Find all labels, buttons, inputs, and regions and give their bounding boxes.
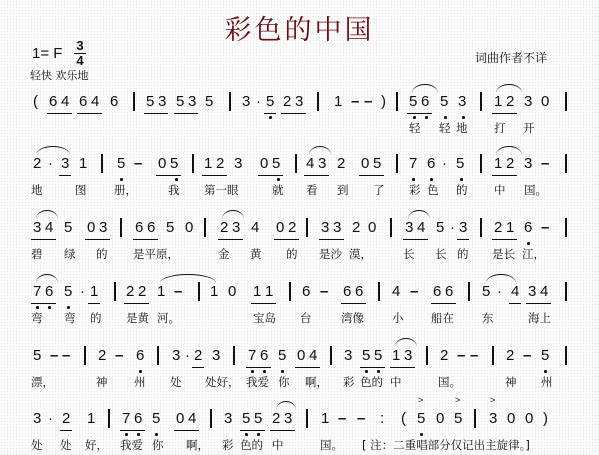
note: 3 <box>234 154 242 174</box>
beam-underline <box>202 175 227 176</box>
note: – <box>351 92 359 112</box>
note: 5 <box>417 409 425 429</box>
note: 1 <box>253 282 261 302</box>
beam-underline <box>403 239 428 240</box>
beam-underline <box>295 367 320 368</box>
beam-underline <box>246 367 271 368</box>
bar-line <box>492 346 494 365</box>
low-octave-dot <box>277 178 280 181</box>
lyric: 河。 <box>157 311 180 325</box>
lyric: 好， <box>85 438 108 452</box>
lyric: 你 <box>278 375 290 389</box>
lyric: 轻 <box>409 121 421 135</box>
credit-text: 词曲作者不详 <box>475 49 547 66</box>
note: 2 <box>283 92 291 112</box>
lyric: 江， <box>522 247 545 261</box>
beam-underline <box>264 113 276 114</box>
note: 6 <box>302 282 310 302</box>
note: ) <box>543 409 548 429</box>
note: 1 <box>204 154 212 174</box>
notes-staff: 3·2176504355231––:(505300)>>> <box>0 405 599 431</box>
beam-underline <box>156 175 181 176</box>
low-octave-dot <box>444 116 447 119</box>
note: 6 <box>45 282 53 302</box>
bar-line <box>295 154 297 173</box>
bar-line <box>306 409 308 428</box>
note: 6 <box>135 218 143 238</box>
score-line: 2·315–05123054320576·5123–地图册，我第一眼就看到了彩色… <box>0 150 599 202</box>
lyric: 是平原， <box>133 247 179 261</box>
beam-underline <box>457 239 469 240</box>
lyric: 色 <box>427 183 439 197</box>
beam-underline <box>341 303 366 304</box>
note: 4 <box>511 282 519 302</box>
lyric: 国。 <box>438 375 461 389</box>
note: 6 <box>260 346 268 366</box>
score-line: 3·2176504355231––:(505300)>>>处处好，我爱你啊，彩色… <box>0 405 599 455</box>
beam-underline <box>360 367 385 368</box>
note: – <box>541 154 549 174</box>
beam-underline <box>304 175 329 176</box>
accent-mark: > <box>455 396 460 405</box>
bar-line <box>565 218 567 237</box>
note: 3 <box>224 409 232 429</box>
lyric: 神 <box>96 375 108 389</box>
note: 0 <box>260 154 268 174</box>
note: 1 <box>210 282 218 302</box>
note: 0 <box>276 218 284 238</box>
note: 6 <box>134 409 142 429</box>
note: 0 <box>185 218 193 238</box>
slur-arc <box>408 210 430 219</box>
lyric: 船在 <box>431 311 454 325</box>
lyric: 是沙 <box>319 247 342 261</box>
note: 5 <box>456 154 464 174</box>
note: 5 <box>266 92 274 112</box>
song-title: 彩色的中国 <box>0 8 599 47</box>
note: 2 <box>337 154 345 174</box>
note: · <box>450 218 455 238</box>
note: – <box>320 282 328 302</box>
note: · <box>185 346 190 366</box>
beam-underline <box>88 303 100 304</box>
beam-underline <box>270 430 295 431</box>
lyric: 中 <box>494 183 506 197</box>
footnote: [ 注：二重唱部分仅记出主旋律。] <box>362 438 530 452</box>
notes-staff: 2·315–05123054320576·5123– <box>0 150 599 176</box>
note: 2 <box>126 282 134 302</box>
slur-arc <box>496 84 522 93</box>
low-octave-dot <box>462 116 465 119</box>
note: – <box>541 218 549 238</box>
note: 5 <box>170 154 178 174</box>
lyric: 图 <box>75 183 87 197</box>
low-octave-dot <box>67 306 70 309</box>
lyric: 册， <box>114 183 137 197</box>
lyrics-line: 轻轻地打开 <box>0 121 599 137</box>
beam-underline <box>77 113 102 114</box>
note: 4 <box>309 346 317 366</box>
lyric: 的 <box>456 183 468 197</box>
lyric: 看 <box>306 183 318 197</box>
beam-underline <box>390 367 415 368</box>
bar-line <box>565 346 567 365</box>
lyric: 中 <box>272 438 284 452</box>
score-line: (64646535353·5231––)56531230轻轻地打开 <box>0 88 599 140</box>
lyric: 打 <box>494 121 506 135</box>
note: 4 <box>306 154 314 174</box>
beam-underline <box>359 175 384 176</box>
notes-staff: 765·1221–10116–664–665·434 <box>0 278 599 304</box>
note: 3 <box>295 92 303 112</box>
note: 0 <box>176 409 184 429</box>
note: 6 <box>79 92 87 112</box>
note: 7 <box>409 154 417 174</box>
lyric: 你 <box>152 438 164 452</box>
bar-line <box>480 92 482 111</box>
note: 0 <box>368 218 376 238</box>
time-signature: 3 4 <box>74 40 86 67</box>
note: 5 <box>117 154 125 174</box>
note: 5 <box>374 346 382 366</box>
beam-underline <box>492 175 517 176</box>
lyric: 地 <box>31 183 43 197</box>
beam-underline <box>31 239 56 240</box>
low-octave-dot <box>120 178 123 181</box>
note: – <box>134 154 142 174</box>
note: ) <box>381 92 386 112</box>
lyric: 州 <box>134 375 146 389</box>
note: – <box>115 346 123 366</box>
note: 7 <box>122 409 130 429</box>
note: ( <box>401 409 406 429</box>
low-octave-dot <box>257 433 260 436</box>
lyric: 彩 <box>343 375 355 389</box>
beam-underline <box>124 303 149 304</box>
lyric: 我爱 <box>246 375 269 389</box>
lyric: 啊， <box>305 375 328 389</box>
slur-arc <box>309 146 331 155</box>
lyric: 啊， <box>186 438 209 452</box>
slur-arc <box>36 146 70 155</box>
lyrics-line: 弯弯的是黄河。宝岛台湾像小船在东海上 <box>0 311 599 327</box>
note: 6 <box>421 92 429 112</box>
note: 2 <box>33 154 41 174</box>
lyric: 绿 <box>64 247 76 261</box>
low-octave-dot <box>155 433 158 436</box>
note: 1 <box>494 154 502 174</box>
note: – <box>174 282 182 302</box>
note: – <box>357 409 365 429</box>
lyric: 的 <box>286 247 298 261</box>
accent-mark: > <box>418 396 423 405</box>
note: 3 <box>404 346 412 366</box>
note: 1 <box>157 282 165 302</box>
note: 6 <box>355 282 363 302</box>
note: 1 <box>506 218 514 238</box>
low-octave-dot <box>413 116 416 119</box>
note: 4 <box>392 282 400 302</box>
note: 4 <box>188 409 196 429</box>
beam-underline <box>174 113 198 114</box>
slur-arc <box>395 338 417 347</box>
note: 6 <box>110 92 118 112</box>
note: 4 <box>91 92 99 112</box>
note: · <box>80 282 85 302</box>
lyric: 色的 <box>240 438 263 452</box>
lyric: 东 <box>482 311 494 325</box>
note: 3 <box>524 154 532 174</box>
note: 2 <box>62 409 70 429</box>
note: 5 <box>482 282 490 302</box>
low-octave-dot <box>527 242 530 245</box>
bar-line <box>101 154 103 173</box>
low-octave-dot <box>251 370 254 373</box>
beam-underline <box>144 113 168 114</box>
low-octave-dot <box>544 370 547 373</box>
note: 6 <box>49 92 57 112</box>
note: 0 <box>228 282 236 302</box>
note: 1 <box>334 92 342 112</box>
note: – <box>50 346 58 366</box>
note: 3 <box>99 218 107 238</box>
bar-line <box>289 282 291 301</box>
lyric: 我 <box>168 183 180 197</box>
note: 7 <box>33 282 41 302</box>
low-octave-dot <box>460 178 463 181</box>
note: 1 <box>265 282 273 302</box>
note: – <box>470 346 478 366</box>
note: 4 <box>540 282 548 302</box>
note: 2 <box>440 346 448 366</box>
note: 1 <box>392 346 400 366</box>
lyric: 第一眼 <box>204 183 239 197</box>
note: ( <box>33 92 38 112</box>
note: 2 <box>288 218 296 238</box>
bar-line <box>396 92 398 111</box>
lyric: 处 <box>31 438 43 452</box>
time-denominator: 4 <box>74 55 86 67</box>
note: 2 <box>194 346 202 366</box>
note: 6 <box>427 154 435 174</box>
low-octave-dot <box>412 178 415 181</box>
score-line: 5––2–63·2376504355132––2–5漂，神州处处好，我爱你啊，彩… <box>0 342 599 394</box>
note: 4 <box>61 92 69 112</box>
lyric: 我爱 <box>120 438 143 452</box>
beam-underline <box>85 239 110 240</box>
beam-underline <box>133 239 158 240</box>
low-octave-dot <box>245 433 248 436</box>
note: 4 <box>417 218 425 238</box>
beam-underline <box>120 430 145 431</box>
note: 2 <box>506 346 514 366</box>
note: 4 <box>251 218 259 238</box>
lyrics-line: 漂，神州处处好，我爱你啊，彩色的中国。神州 <box>0 375 599 391</box>
lyric: 漠， <box>349 247 372 261</box>
note: · <box>497 282 502 302</box>
beam-underline <box>526 303 551 304</box>
note: 2 <box>494 218 502 238</box>
note: 5 <box>373 154 381 174</box>
slur-arc <box>160 274 216 283</box>
note: 3 <box>318 154 326 174</box>
note: 3 <box>458 92 466 112</box>
bar-line <box>565 92 567 111</box>
note: 2 <box>220 218 228 238</box>
bar-line <box>474 409 476 428</box>
beam-underline <box>218 239 243 240</box>
note: 3 <box>188 92 196 112</box>
note: – <box>338 409 346 429</box>
note: · <box>48 154 53 174</box>
note: 5 <box>176 92 184 112</box>
bar-line <box>108 409 110 428</box>
note: 6 <box>433 282 441 302</box>
bar-line <box>468 282 470 301</box>
accent-mark: > <box>490 396 495 405</box>
note: 6 <box>147 218 155 238</box>
note: 5 <box>242 409 250 429</box>
note: 3 <box>61 154 69 174</box>
bar-line <box>192 154 194 173</box>
lyric: 黄 <box>250 247 262 261</box>
note: 3 <box>212 346 220 366</box>
bar-line <box>330 346 332 365</box>
lyric: 彩 <box>222 438 234 452</box>
slur-arc <box>36 210 58 219</box>
lyric: 地 <box>456 121 468 135</box>
note: 3 <box>158 92 166 112</box>
low-octave-dot <box>365 370 368 373</box>
note: 2 <box>352 218 360 238</box>
note: 3 <box>333 218 341 238</box>
low-octave-dot <box>263 370 266 373</box>
lyric: 湾像 <box>341 311 364 325</box>
low-octave-dot <box>125 433 128 436</box>
note: – <box>523 346 531 366</box>
lyric: 国。 <box>524 183 547 197</box>
lyric: 漂， <box>31 375 54 389</box>
low-octave-dot <box>420 433 423 436</box>
time-numerator: 3 <box>74 40 86 52</box>
note: : <box>380 409 384 429</box>
lyrics-line: 处处好，我爱你啊，彩色的中国。[ 注：二重唱部分仅记出主旋律。] <box>0 438 599 454</box>
note: 2 <box>98 346 106 366</box>
low-octave-dot <box>175 178 178 181</box>
bar-line <box>120 218 122 237</box>
note: 3 <box>242 92 250 112</box>
lyric: 弯 <box>64 311 76 325</box>
bar-line <box>480 218 482 237</box>
bar-line <box>396 154 398 173</box>
note: 1 <box>494 92 502 112</box>
bar-line <box>565 154 567 173</box>
note: 5 <box>454 409 462 429</box>
note: · <box>442 154 447 174</box>
note: – <box>410 282 418 302</box>
note: 3 <box>344 346 352 366</box>
note: 6 <box>343 282 351 302</box>
note: · <box>48 409 53 429</box>
lyric: 中 <box>390 375 402 389</box>
lyric: 神 <box>505 375 517 389</box>
beam-underline <box>31 303 56 304</box>
lyric: 是黄 <box>126 311 149 325</box>
note: 3 <box>33 218 41 238</box>
lyric: 弯 <box>31 311 43 325</box>
low-octave-dot <box>36 306 39 309</box>
lyric: 彩 <box>409 183 421 197</box>
lyrics-line: 碧绿的是平原，金黄的是沙漠，长长的是长江， <box>0 247 599 263</box>
notes-staff: (64646535353·5231––)56531230 <box>0 88 599 114</box>
note: 2 <box>506 92 514 112</box>
lyric: 宝岛 <box>253 311 276 325</box>
lyric: 金 <box>218 247 230 261</box>
slur-arc <box>486 274 516 283</box>
note: 3 <box>459 218 467 238</box>
beam-underline <box>319 239 344 240</box>
note: 5 <box>33 346 41 366</box>
lyric: 长 <box>435 247 447 261</box>
bar-line <box>229 92 231 111</box>
lyric: 碧 <box>31 247 43 261</box>
bar-line <box>426 346 428 365</box>
slur-arc <box>222 210 244 219</box>
low-octave-dot <box>425 116 428 119</box>
lyric: 长 <box>403 247 415 261</box>
note: – <box>364 92 372 112</box>
note: 5 <box>362 346 370 366</box>
note: 0 <box>436 409 444 429</box>
lyric: 台 <box>300 311 312 325</box>
note: 2 <box>216 154 224 174</box>
note: 1 <box>321 409 329 429</box>
beam-underline <box>492 113 517 114</box>
note: 2 <box>138 282 146 302</box>
low-octave-dot <box>281 370 284 373</box>
note: 0 <box>361 154 369 174</box>
notes-staff: 345036650234023320345·3216– <box>0 214 599 240</box>
note: 3 <box>489 409 497 429</box>
note: 6 <box>524 218 532 238</box>
lyrics-line: 地图册，我第一眼就看到了彩色的中国。 <box>0 183 599 199</box>
notes-staff: 5––2–63·2376504355132––2–5 <box>0 342 599 368</box>
note: 2 <box>506 154 514 174</box>
lyric: 就 <box>272 183 284 197</box>
slur-arc <box>36 274 58 283</box>
bar-line <box>157 346 159 365</box>
lyric: 轻 <box>439 121 451 135</box>
beam-underline <box>59 175 71 176</box>
bar-line <box>480 154 482 173</box>
beam-underline <box>407 113 432 114</box>
slur-arc <box>276 401 296 410</box>
lyric: 的 <box>457 247 469 261</box>
note: 3 <box>321 218 329 238</box>
note: 0 <box>541 92 549 112</box>
bar-line <box>114 282 116 301</box>
lyric: 国。 <box>320 438 343 452</box>
lyric: 了 <box>373 183 385 197</box>
key-signature: 1= F <box>32 45 62 62</box>
note: 1 <box>90 282 98 302</box>
bar-line <box>390 218 392 237</box>
beam-underline <box>174 430 199 431</box>
lyric: 色的 <box>360 375 383 389</box>
note: – <box>62 346 70 366</box>
beam-underline <box>274 239 299 240</box>
beam-underline <box>192 367 204 368</box>
